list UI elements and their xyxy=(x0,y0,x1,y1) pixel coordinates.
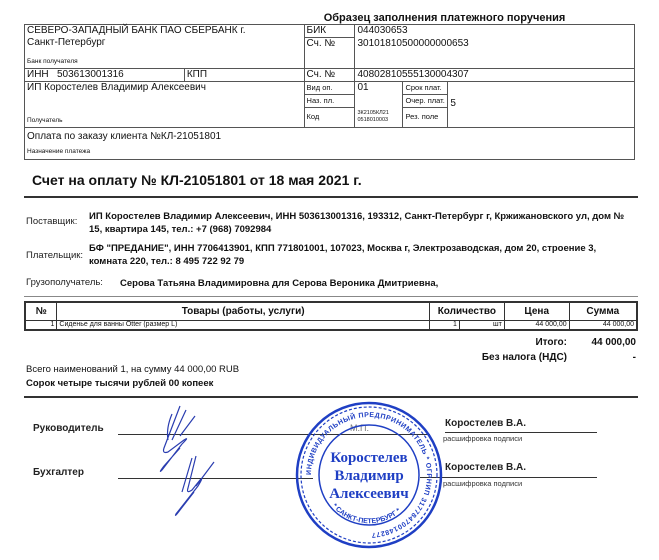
supplier-label: Поставщик: xyxy=(26,216,77,227)
vat-value: - xyxy=(570,352,636,363)
invoice-title: Счет на оплату № КЛ-21051801 от 18 мая 2… xyxy=(32,172,362,188)
row-unit: шт xyxy=(459,320,504,330)
reserve-label: Рез. поле xyxy=(403,107,448,127)
accountant-decode-label: расшифровка подписи xyxy=(443,479,522,488)
account-label: Сч. № xyxy=(304,68,355,81)
inn-value: 503613001316 xyxy=(57,69,124,80)
pay-purpose-code-label: Наз. пл. xyxy=(304,94,355,107)
consignee-divider xyxy=(24,296,638,297)
corr-account-value: 30101810500000000653 xyxy=(355,38,635,69)
col-qty-header: Количество xyxy=(429,302,504,320)
bank-name-cell: СЕВЕРО-ЗАПАДНЫЙ БАНК ПАО СБЕРБАНК г. Сан… xyxy=(25,25,305,56)
summary-line: Всего наименований 1, на сумму 44 000,00… xyxy=(26,364,239,375)
consignee-value: Серова Татьяна Владимировна для Серова В… xyxy=(120,277,438,290)
stamp-line1: Коростелев xyxy=(330,450,407,466)
svg-text:* САНКТ-ПЕТЕРБУРГ *: * САНКТ-ПЕТЕРБУРГ * xyxy=(331,503,403,526)
recipient-cell: ИП Коростелев Владимир Алексеевич Получа… xyxy=(25,81,305,127)
row-num: 1 xyxy=(25,320,57,330)
stamp-line2: Владимир xyxy=(334,468,403,484)
title-divider xyxy=(24,196,638,198)
account-value: 40802810555130004307 xyxy=(355,68,635,81)
director-label: Руководитель xyxy=(33,423,104,434)
items-table: № Товары (работы, услуги) Количество Цен… xyxy=(24,301,638,331)
op-type-label: Вид оп. xyxy=(304,81,355,94)
table-row: 1 Сиденье для ванны Otter (размер L) 1 ш… xyxy=(25,320,637,330)
accountant-name-line xyxy=(420,477,597,478)
vat-label: Без налога (НДС) xyxy=(430,352,567,363)
payer-details: БФ "ПРЕДАНИЕ", ИНН 7706413901, КПП 77180… xyxy=(89,242,649,268)
bank-label: Банк получателя xyxy=(25,56,305,69)
bik-value: 044030653 xyxy=(355,25,635,38)
company-seal-icon: ИНДИВИДУАЛЬНЫЙ ПРЕДПРИНИМАТЕЛЬ * ОГРНИП … xyxy=(294,400,444,550)
row-qty: 1 xyxy=(429,320,459,330)
inn-label: ИНН xyxy=(27,69,49,80)
purpose-cell: Оплата по заказу клиента №КЛ-21051801 На… xyxy=(25,127,635,159)
accountant-label: Бухгалтер xyxy=(33,467,84,478)
code-label: Код xyxy=(304,107,355,127)
payer-label: Плательщик: xyxy=(26,250,83,261)
row-sum: 44 000,00 xyxy=(569,320,637,330)
priority-label: Очер. плат. xyxy=(403,94,448,107)
kpp-cell: КПП xyxy=(184,68,304,81)
purpose-label: Назначение платежа xyxy=(27,146,90,158)
supplier-details: ИП Коростелев Владимир Алексеевич, ИНН 5… xyxy=(89,210,649,236)
consignee-label: Грузополучатель: xyxy=(26,277,103,288)
col-num-header: № xyxy=(25,302,57,320)
col-name-header: Товары (работы, услуги) xyxy=(57,302,429,320)
bik-label: БИК xyxy=(304,25,355,38)
kpp-label: КПП xyxy=(187,69,207,80)
priority-value: 5 xyxy=(448,81,635,127)
col-sum-header: Сумма xyxy=(569,302,637,320)
amount-in-words: Сорок четыре тысячи рублей 00 копеек xyxy=(26,378,213,389)
bank-details-table: СЕВЕРО-ЗАПАДНЫЙ БАНК ПАО СБЕРБАНК г. Сан… xyxy=(24,24,635,160)
signatures-divider xyxy=(24,396,638,398)
purpose-text: Оплата по заказу клиента №КЛ-21051801 xyxy=(27,128,632,143)
col-price-header: Цена xyxy=(504,302,569,320)
payment-sample-caption: Образец заполнения платежного поручения xyxy=(0,12,659,24)
items-header-row: № Товары (работы, услуги) Количество Цен… xyxy=(25,302,637,320)
accountant-name: Коростелев В.А. xyxy=(445,462,526,473)
inn-cell: ИНН 503613001316 xyxy=(25,68,185,81)
stamp-city-text: * САНКТ-ПЕТЕРБУРГ * xyxy=(331,503,403,526)
op-type-value: 01 xyxy=(355,81,403,107)
row-price: 44 000,00 xyxy=(504,320,569,330)
recipient-label: Получатель xyxy=(27,115,63,127)
director-name-line xyxy=(445,432,597,433)
recipient-name: ИП Коростелев Владимир Алексеевич xyxy=(27,82,302,94)
code-value: 3К2105КЛ21 0518010003 xyxy=(355,107,403,127)
bank-name-line2: Санкт-Петербург xyxy=(27,37,302,49)
total-label: Итого: xyxy=(430,337,567,348)
corr-account-label: Сч. № xyxy=(304,38,355,69)
bank-name-line1: СЕВЕРО-ЗАПАДНЫЙ БАНК ПАО СБЕРБАНК г. xyxy=(27,25,302,37)
director-decode-label: расшифровка подписи xyxy=(443,434,522,443)
total-value: 44 000,00 xyxy=(570,337,636,348)
director-name: Коростелев В.А. xyxy=(445,418,526,429)
row-name: Сиденье для ванны Otter (размер L) xyxy=(57,320,429,330)
stamp-line3: Алексеевич xyxy=(329,486,409,502)
accountant-signature-icon xyxy=(170,450,225,520)
due-label: Срок плат. xyxy=(403,81,448,94)
